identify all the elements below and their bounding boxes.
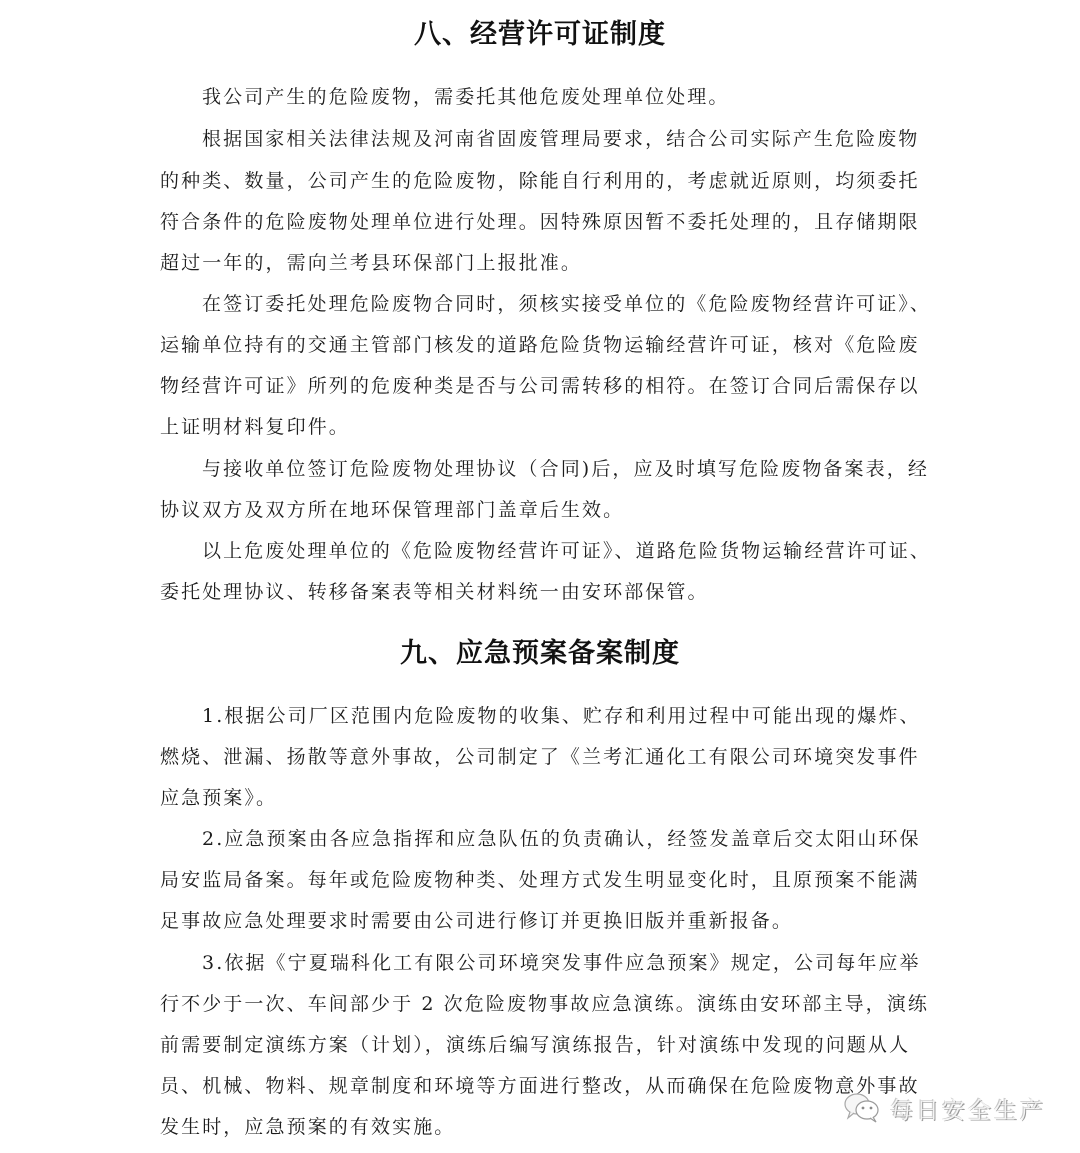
watermark-text: 每日安全生产 <box>890 1092 1046 1125</box>
paragraph-line: 超过一年的，需向兰考县环保部门上报批准。 <box>160 248 940 278</box>
paragraph-line: 发生时，应急预案的有效实施。 <box>160 1112 940 1142</box>
wechat-icon <box>842 1091 884 1125</box>
paragraph-line: 与接收单位签订危险废物处理协议（合同)后，应及时填写危险废物备案表，经 <box>202 454 982 484</box>
paragraph-line: 我公司产生的危险废物，需委托其他危废处理单位处理。 <box>202 82 982 112</box>
paragraph-line: 1.根据公司厂区范围内危险废物的收集、贮存和利用过程中可能出现的爆炸、 <box>202 701 982 731</box>
paragraph-line: 委托处理协议、转移备案表等相关材料统一由安环部保管。 <box>160 577 940 607</box>
paragraph-line: 2.应急预案由各应急指挥和应急队伍的负责确认，经签发盖章后交太阳山环保 <box>202 824 982 854</box>
paragraph-line: 协议双方及双方所在地环保管理部门盖章后生效。 <box>160 495 940 525</box>
watermark: 每日安全生产 <box>842 1088 1046 1128</box>
paragraph-line: 3.依据《宁夏瑞科化工有限公司环境突发事件应急预案》规定，公司每年应举 <box>202 948 982 978</box>
section-title-business-license: 八、经营许可证制度 <box>0 15 1080 55</box>
paragraph-line: 应急预案》。 <box>160 783 940 813</box>
paragraph-line: 前需要制定演练方案（计划），演练后编写演练报告，针对演练中发现的问题从人 <box>160 1030 940 1060</box>
paragraph-line: 符合条件的危险废物处理单位进行处理。因特殊原因暂不委托处理的，且存储期限 <box>160 207 940 237</box>
paragraph-line: 足事故应急处理要求时需要由公司进行修订并更换旧版并重新报备。 <box>160 906 940 936</box>
paragraph-line: 员、机械、物料、规章制度和环境等方面进行整改，从而确保在危险废物意外事故 <box>160 1071 940 1101</box>
paragraph-line: 根据国家相关法律法规及河南省固废管理局要求，结合公司实际产生危险废物 <box>202 124 982 154</box>
paragraph-line: 行不少于一次、车间部少于 2 次危险废物事故应急演练。演练由安环部主导，演练 <box>160 989 940 1019</box>
paragraph-line: 的种类、数量，公司产生的危险废物，除能自行利用的，考虑就近原则，均须委托 <box>160 166 940 196</box>
paragraph-line: 局安监局备案。每年或危险废物种类、处理方式发生明显变化时，且原预案不能满 <box>160 865 940 895</box>
section-title-emergency-plan: 九、应急预案备案制度 <box>0 634 1080 674</box>
paragraph-line: 物经营许可证》所列的危废种类是否与公司需转移的相符。在签订合同后需保存以 <box>160 371 940 401</box>
paragraph-line: 上证明材料复印件。 <box>160 412 940 442</box>
paragraph-line: 运输单位持有的交通主管部门核发的道路危险货物运输经营许可证，核对《危险废 <box>160 330 940 360</box>
document-page: 八、经营许可证制度 我公司产生的危险废物，需委托其他危废处理单位处理。 根据国家… <box>0 0 1080 1153</box>
paragraph-line: 燃烧、泄漏、扬散等意外事故，公司制定了《兰考汇通化工有限公司环境突发事件 <box>160 742 940 772</box>
paragraph-line: 在签订委托处理危险废物合同时，须核实接受单位的《危险废物经营许可证》、 <box>202 289 982 319</box>
paragraph-line: 以上危废处理单位的《危险废物经营许可证》、道路危险货物运输经营许可证、 <box>202 536 982 566</box>
